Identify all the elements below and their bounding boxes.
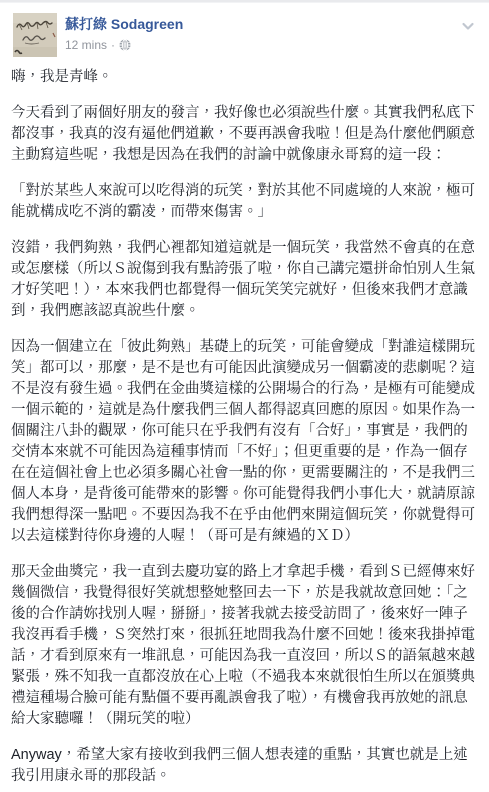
author-name-link[interactable]: 蘇打綠 Sodagreen [65, 16, 183, 32]
post-paragraph: 沒錯，我們夠熟，我們心裡都知道這就是一個玩笑，我當然不會真的在意或怎麼樣（所以Ｓ… [11, 238, 478, 322]
post-body: 嗨，我是青峰。今天看到了兩個好朋友的發言，我好像也必須說些什麼。其實我們私底下都… [0, 57, 489, 787]
post-card: 蘇打綠 Sodagreen 12 mins · 嗨，我是青峰。今 [0, 3, 489, 792]
post-paragraph: Anyway，希望大家有接收到我們三個人想表達的重點，其實也就是上述我引用康永哥… [11, 745, 478, 787]
post-paragraph: 今天看到了兩個好朋友的發言，我好像也必須說些什麼。其實我們私底下都沒事，我真的沒… [11, 103, 478, 166]
meta-separator: · [111, 38, 115, 52]
timestamp[interactable]: 12 mins [65, 38, 107, 52]
post-header: 蘇打綠 Sodagreen 12 mins · [0, 3, 489, 57]
post-paragraph: 因為一個建立在「彼此夠熟」基礎上的玩笑，可能會變成「對誰這樣開玩笑」都可以，那麼… [11, 337, 478, 547]
post-paragraph: 「對於某些人來說可以吃得消的玩笑，對於其他不同處境的人來說，極可能就構成吃不消的… [11, 181, 478, 223]
chevron-down-icon[interactable] [460, 18, 476, 34]
post-meta: 12 mins · [65, 38, 183, 52]
post-paragraph: 那天金曲獎完，我一直到去慶功宴的路上才拿起手機，看到Ｓ已經傳來好幾個微信，我覺得… [11, 562, 478, 730]
avatar[interactable] [13, 13, 57, 57]
header-text: 蘇打綠 Sodagreen 12 mins · [65, 13, 183, 52]
avatar-signature-image [13, 13, 57, 57]
globe-icon [119, 39, 131, 51]
post-paragraph: 嗨，我是青峰。 [11, 67, 478, 88]
